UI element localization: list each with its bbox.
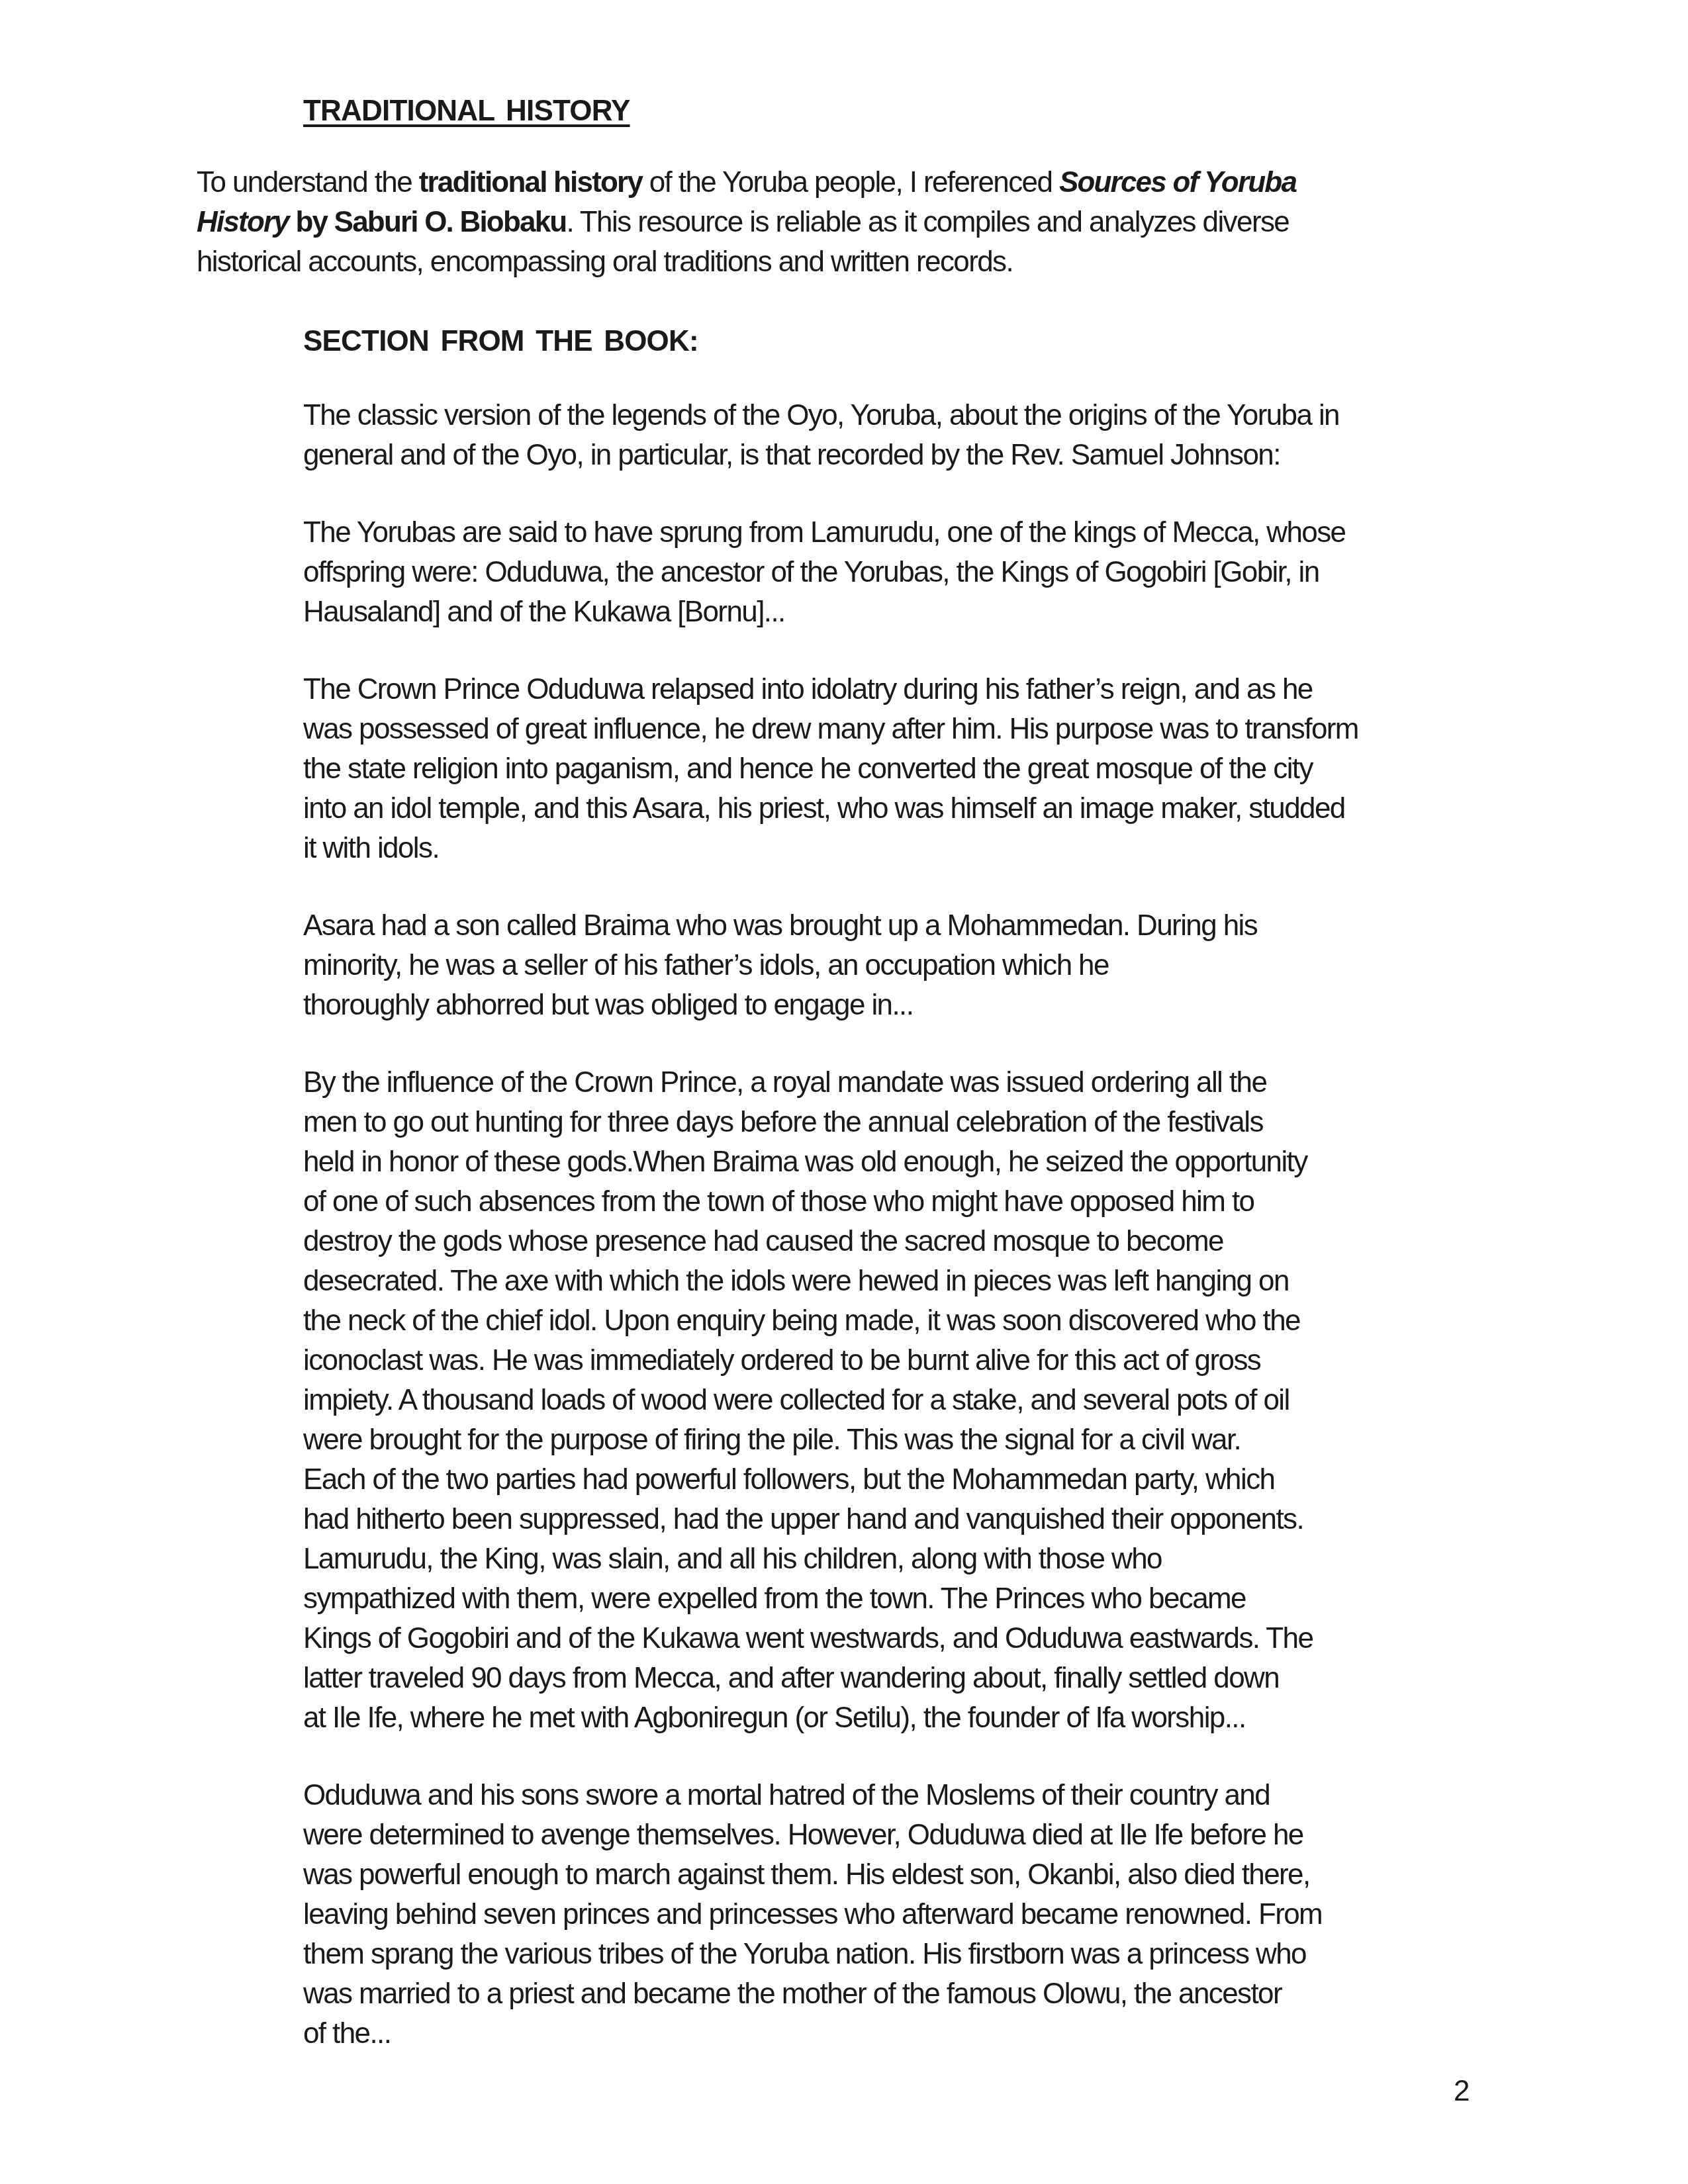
paragraph-line: latter traveled 90 days from Mecca, and …	[303, 1659, 1279, 1698]
paragraph-line: Lamurudu, the King, was slain, and all h…	[303, 1539, 1162, 1579]
paragraph-line: Each of the two parties had powerful fol…	[303, 1460, 1274, 1500]
page-title: TRADITIONAL HISTORY	[303, 91, 630, 131]
document-page: TRADITIONAL HISTORY To understand the tr…	[0, 0, 1688, 2184]
paragraph-line: The Crown Prince Oduduwa relapsed into i…	[303, 670, 1313, 709]
paragraph-line: was powerful enough to march against the…	[303, 1855, 1310, 1895]
paragraph-line: Oduduwa and his sons swore a mortal hatr…	[303, 1776, 1270, 1815]
text-run: . This resource is reliable as it compil…	[566, 206, 1289, 238]
paragraph-line: general and of the Oyo, in particular, i…	[303, 435, 1280, 475]
intro-line-2: History by Saburi O. Biobaku. This resou…	[197, 203, 1289, 242]
paragraph-line: them sprang the various tribes of the Yo…	[303, 1934, 1306, 1974]
paragraph-line: was married to a priest and became the m…	[303, 1974, 1282, 2014]
paragraph-line: of one of such absences from the town of…	[303, 1182, 1254, 1222]
paragraph-line: were brought for the purpose of firing t…	[303, 1420, 1241, 1460]
intro-line-1: To understand the traditional history of…	[197, 163, 1296, 203]
paragraph-line: held in honor of these gods.When Braima …	[303, 1142, 1307, 1182]
paragraph-line: destroy the gods whose presence had caus…	[303, 1222, 1223, 1261]
paragraph-line: The classic version of the legends of th…	[303, 396, 1339, 435]
text-run: To understand the	[197, 166, 419, 199]
paragraph-line: was possessed of great influence, he dre…	[303, 709, 1358, 749]
paragraph-line: of the...	[303, 2014, 391, 2054]
paragraph-line: men to go out hunting for three days bef…	[303, 1103, 1263, 1142]
paragraph-line: the neck of the chief idol. Upon enquiry…	[303, 1301, 1300, 1341]
intro-line-3: historical accounts, encompassing oral t…	[197, 242, 1013, 282]
paragraph-line: the state religion into paganism, and he…	[303, 749, 1313, 789]
paragraph-line: offspring were: Oduduwa, the ancestor of…	[303, 553, 1319, 592]
paragraph-line: Hausaland] and of the Kukawa [Bornu]...	[303, 592, 785, 632]
paragraph-line: The Yorubas are said to have sprung from…	[303, 513, 1345, 553]
paragraph-line: it with idols.	[303, 829, 439, 868]
section-heading: SECTION FROM THE BOOK:	[303, 322, 698, 361]
paragraph-line: impiety. A thousand loads of wood were c…	[303, 1381, 1289, 1420]
paragraph-line: into an idol temple, and this Asara, his…	[303, 789, 1345, 829]
paragraph-line: iconoclast was. He was immediately order…	[303, 1341, 1260, 1381]
paragraph-line: thoroughly abhorred but was obliged to e…	[303, 985, 913, 1025]
paragraph-line: By the influence of the Crown Prince, a …	[303, 1063, 1266, 1103]
book-title: History	[197, 206, 289, 238]
author-name: by Saburi O. Biobaku	[289, 206, 566, 238]
page-number: 2	[1454, 2071, 1470, 2111]
paragraph-line: were determined to avenge themselves. Ho…	[303, 1815, 1303, 1855]
paragraph-line: minority, he was a seller of his father’…	[303, 946, 1109, 985]
bold-term: traditional history	[419, 166, 642, 199]
paragraph-line: Kings of Gogobiri and of the Kukawa went…	[303, 1619, 1313, 1659]
paragraph-line: desecrated. The axe with which the idols…	[303, 1261, 1289, 1301]
paragraph-line: had hitherto been suppressed, had the up…	[303, 1500, 1303, 1539]
paragraph-line: sympathized with them, were expelled fro…	[303, 1579, 1246, 1619]
text-run: of the Yoruba people, I referenced	[642, 166, 1059, 199]
paragraph-line: leaving behind seven princes and princes…	[303, 1895, 1322, 1934]
paragraph-line: Asara had a son called Braima who was br…	[303, 906, 1257, 946]
book-title: Sources of Yoruba	[1059, 166, 1296, 199]
paragraph-line: at Ile Ife, where he met with Agboniregu…	[303, 1698, 1246, 1738]
